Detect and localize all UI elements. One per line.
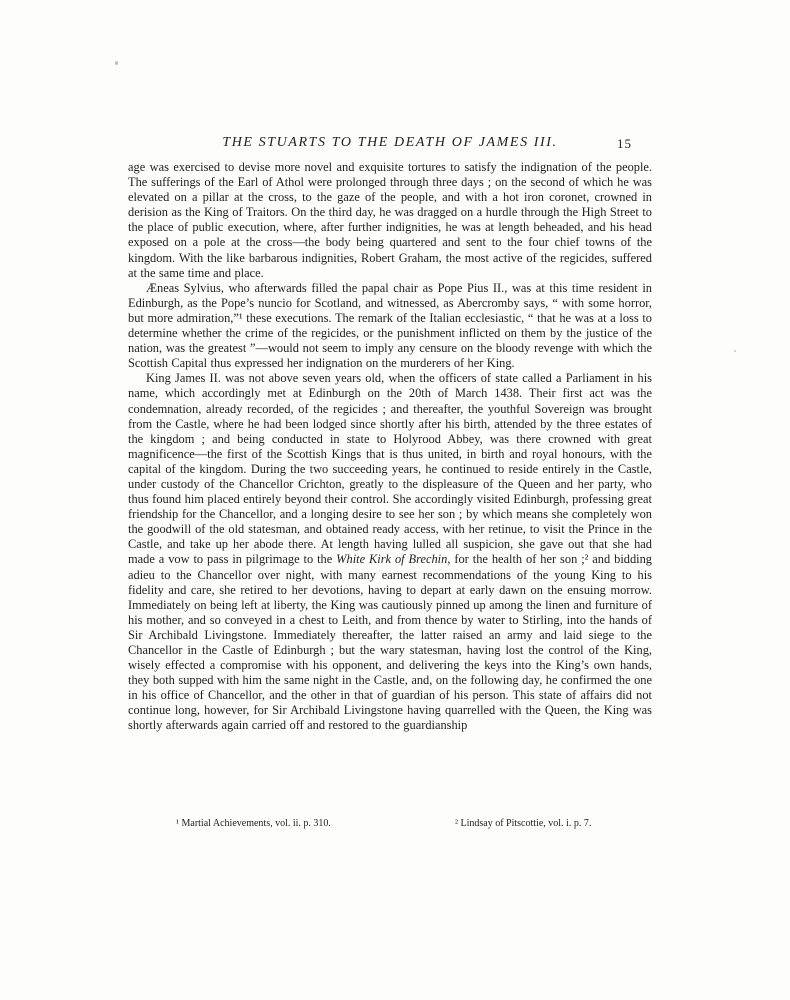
- footnote-1: ¹ Martial Achievements, vol. ii. p. 310.: [176, 818, 331, 830]
- scan-speck: [734, 350, 736, 352]
- paragraph-continuation: age was exercised to devise more novel a…: [128, 160, 652, 281]
- scan-speck: [115, 61, 118, 65]
- footnotes: ¹ Martial Achievements, vol. ii. p. 310.…: [128, 818, 652, 832]
- paragraph-text-segment: , for the health of her son ;² and biddi…: [128, 552, 652, 732]
- paragraph-text-segment: King James II. was not above seven years…: [128, 371, 652, 566]
- page-text-block: age was exercised to devise more novel a…: [128, 160, 652, 734]
- paragraph-king-james: King James II. was not above seven years…: [128, 371, 652, 733]
- running-header: THE STUARTS TO THE DEATH OF JAMES III. 1…: [128, 135, 652, 153]
- italic-phrase: White Kirk of Brechin: [336, 552, 447, 566]
- page-number: 15: [617, 136, 632, 152]
- book-page: THE STUARTS TO THE DEATH OF JAMES III. 1…: [0, 0, 790, 1000]
- paragraph-aeneas-sylvius: Æneas Sylvius, who afterwards filled the…: [128, 281, 652, 372]
- footnote-2: ² Lindsay of Pitscottie, vol. i. p. 7.: [455, 818, 591, 830]
- running-header-title: THE STUARTS TO THE DEATH OF JAMES III.: [128, 135, 652, 151]
